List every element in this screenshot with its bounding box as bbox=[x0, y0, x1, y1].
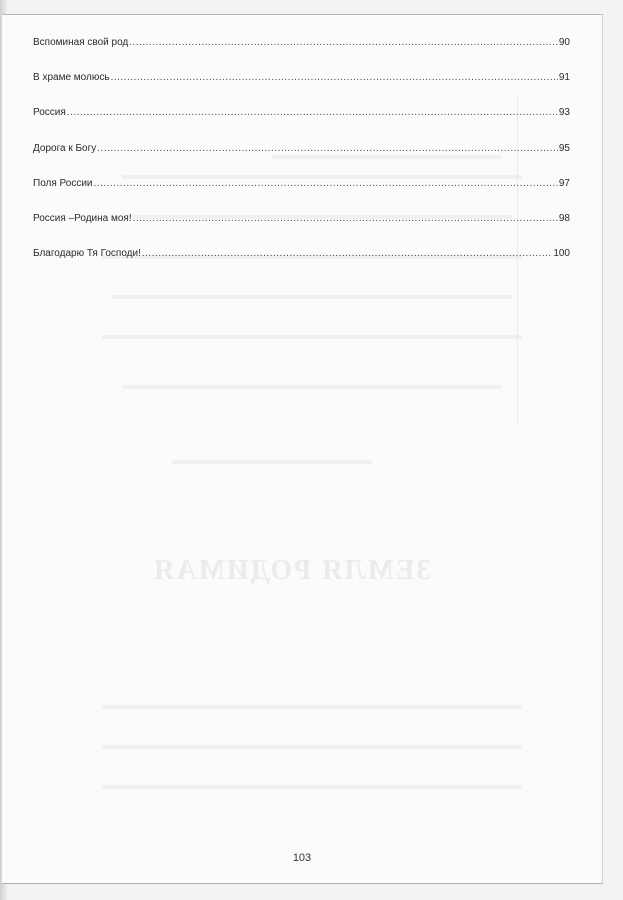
document-page: ЗЕМЛЯ РОДИМАЯ Вспоминая свой род 90 В хр… bbox=[2, 14, 603, 884]
toc-entry[interactable]: Россия 93 bbox=[33, 107, 570, 142]
toc-entry-title: Россия bbox=[33, 107, 66, 118]
toc-entry[interactable]: В храме молюсь 91 bbox=[33, 72, 570, 107]
table-of-contents: Вспоминая свой род 90 В храме молюсь 91 … bbox=[33, 37, 570, 283]
toc-entry[interactable]: Благодарю Тя Господи! 100 bbox=[33, 248, 570, 283]
toc-entry-page: 95 bbox=[559, 143, 570, 154]
show-through-line bbox=[172, 460, 372, 464]
toc-entry[interactable]: Россия –Родина моя! 98 bbox=[33, 213, 570, 248]
toc-entry-page: 100 bbox=[553, 248, 570, 259]
show-through-line bbox=[102, 745, 522, 749]
toc-entry-page: 97 bbox=[559, 178, 570, 189]
toc-leader-dots bbox=[111, 72, 558, 83]
toc-entry-page: 98 bbox=[559, 213, 570, 224]
toc-entry[interactable]: Поля России 97 bbox=[33, 178, 570, 213]
toc-entry[interactable]: Вспоминая свой род 90 bbox=[33, 37, 570, 72]
show-through-line bbox=[102, 705, 522, 709]
toc-leader-dots bbox=[94, 178, 558, 189]
show-through-line bbox=[102, 785, 522, 789]
toc-entry-page: 90 bbox=[559, 37, 570, 48]
toc-entry-page: 91 bbox=[559, 72, 570, 83]
toc-entry-title: Вспоминая свой род bbox=[33, 37, 128, 48]
show-through-line bbox=[122, 385, 502, 389]
toc-leader-dots bbox=[67, 107, 558, 118]
toc-leader-dots bbox=[133, 213, 558, 224]
toc-entry-title: Благодарю Тя Господи! bbox=[33, 248, 141, 259]
toc-entry-title: В храме молюсь bbox=[33, 72, 110, 83]
show-through-line bbox=[102, 335, 522, 339]
toc-leader-dots bbox=[142, 248, 552, 259]
toc-entry-title: Россия –Родина моя! bbox=[33, 213, 132, 224]
toc-entry-page: 93 bbox=[559, 107, 570, 118]
show-through-line bbox=[112, 295, 512, 299]
page-number: 103 bbox=[2, 852, 602, 864]
toc-entry-title: Дорога к Богу bbox=[33, 143, 96, 154]
toc-leader-dots bbox=[97, 143, 558, 154]
toc-entry-title: Поля России bbox=[33, 178, 93, 189]
toc-entry[interactable]: Дорога к Богу 95 bbox=[33, 143, 570, 178]
toc-leader-dots bbox=[129, 37, 558, 48]
show-through-title: ЗЕМЛЯ РОДИМАЯ bbox=[152, 555, 431, 587]
